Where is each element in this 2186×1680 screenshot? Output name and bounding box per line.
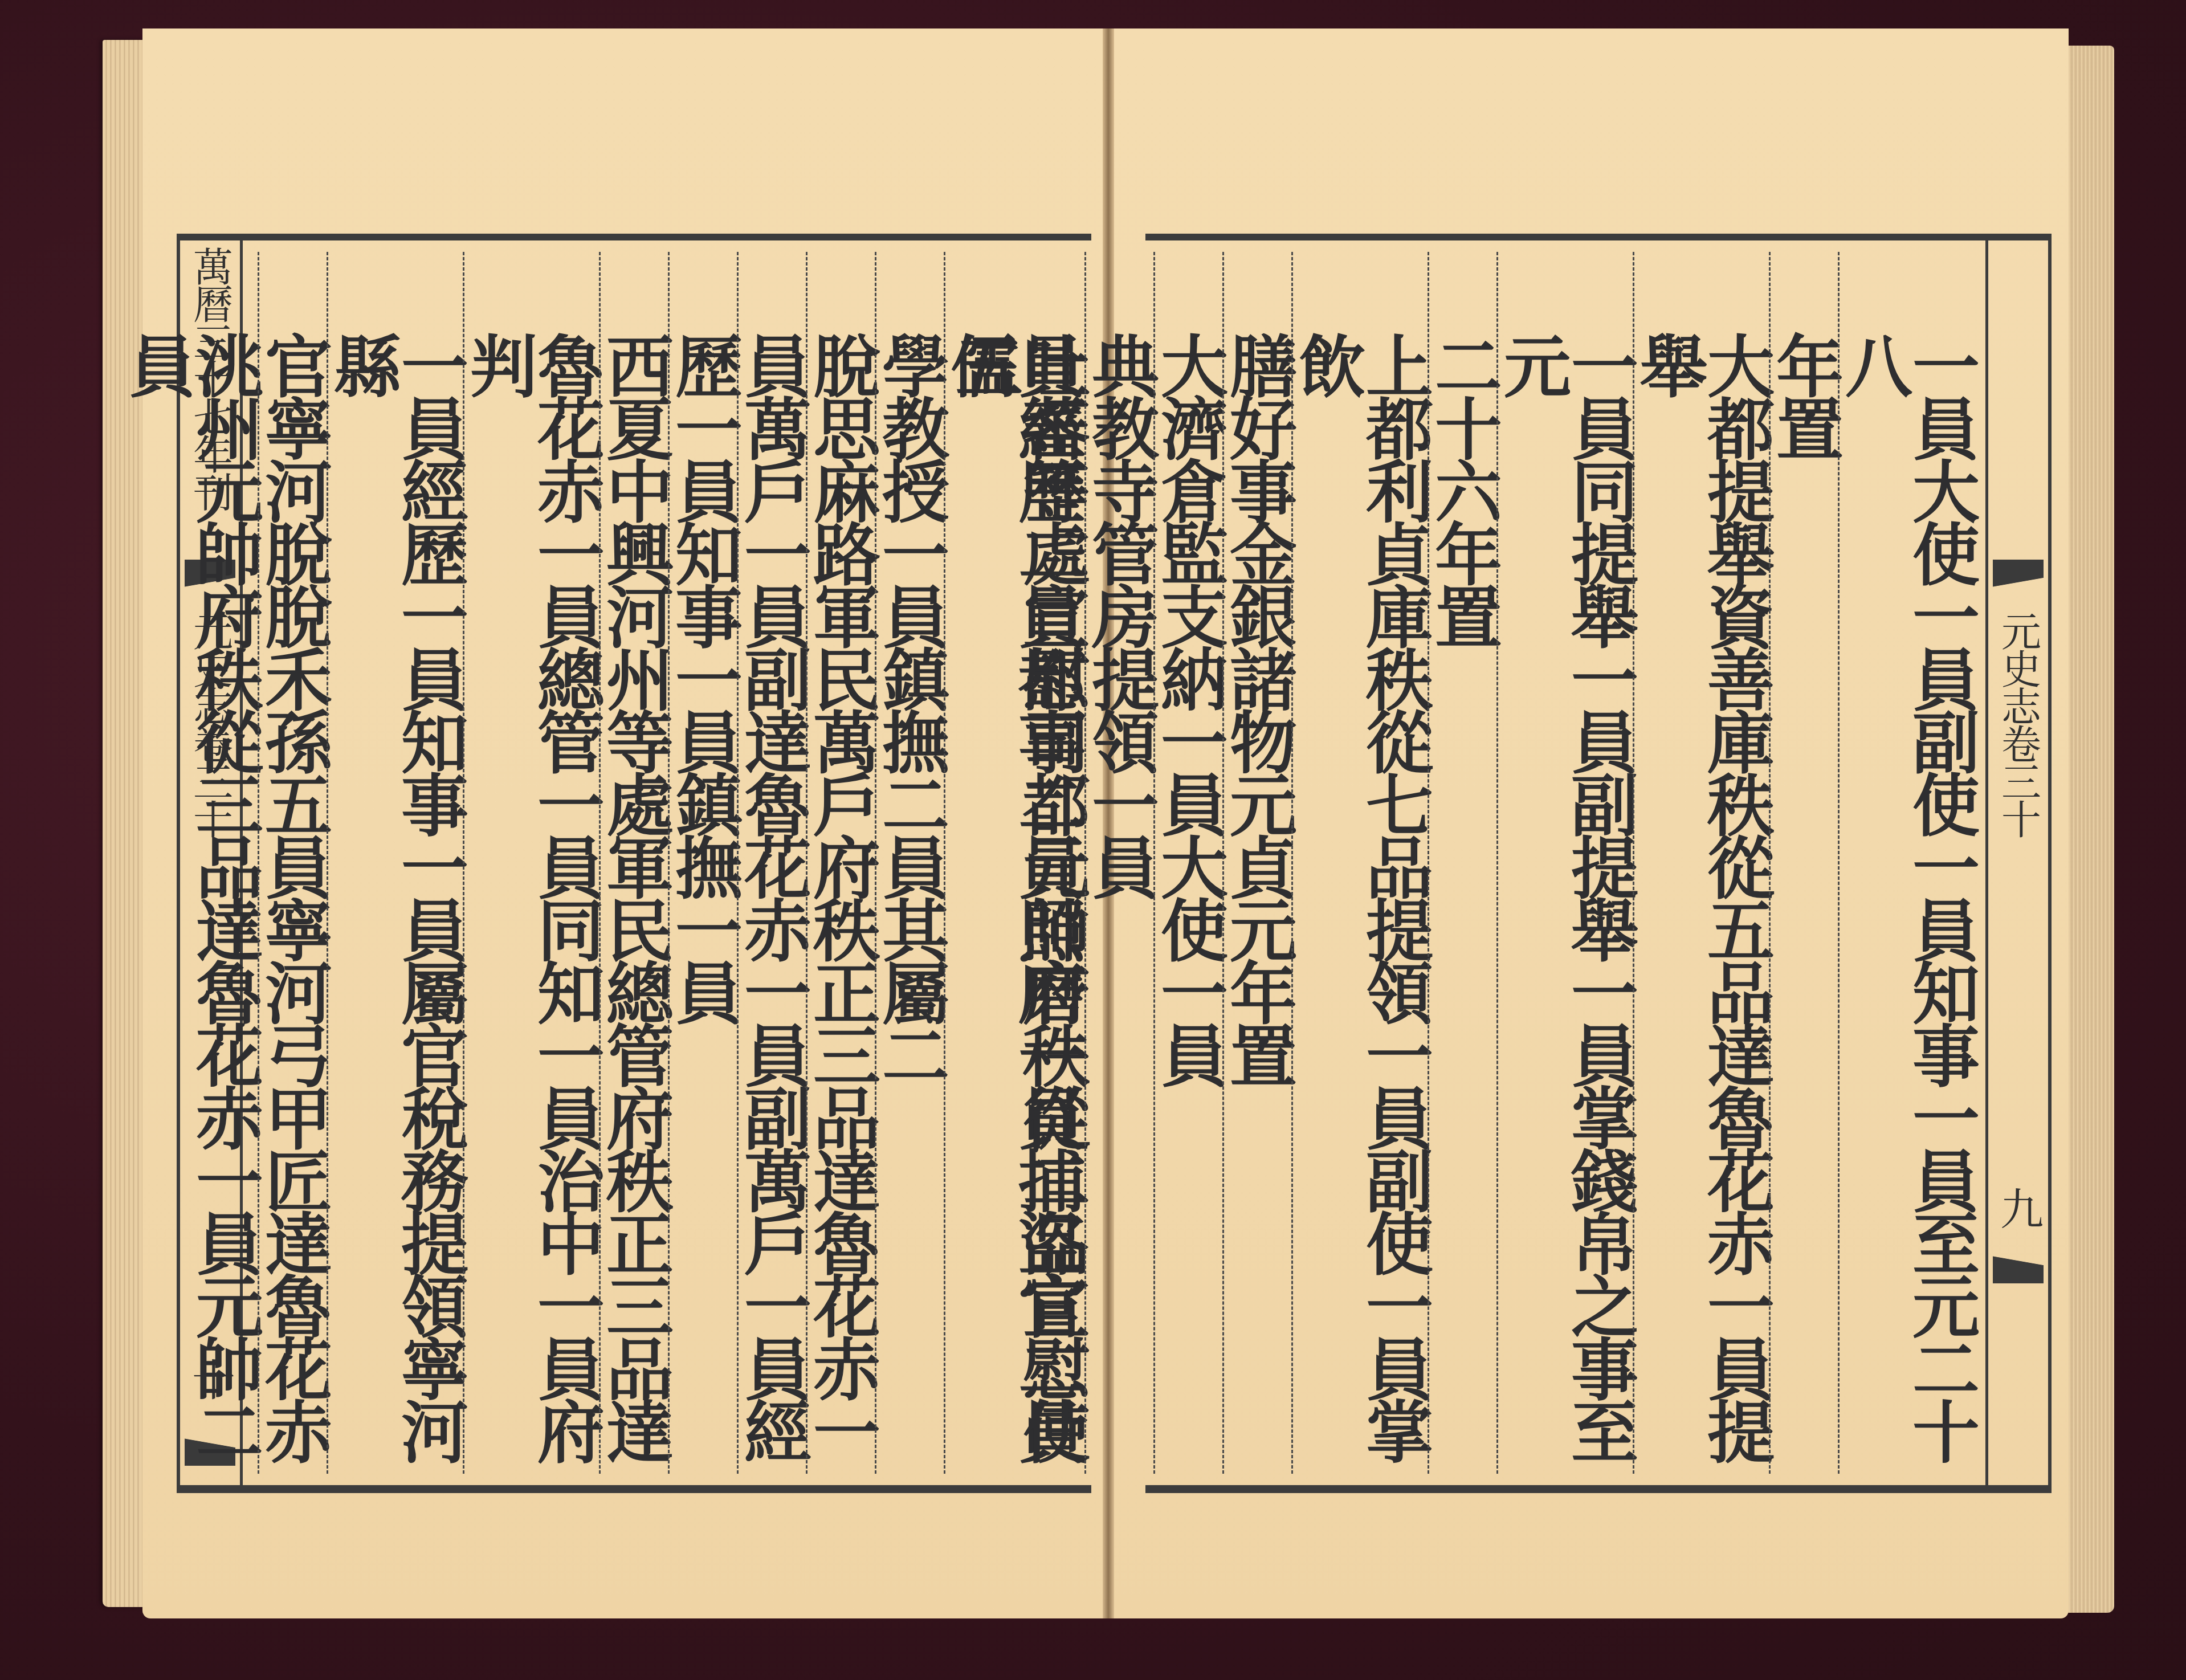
column-text: 一員大使一員副使一員知事一員至元二十八: [1840, 332, 1974, 1474]
text-column: 官寧河脫脫禾孫五員寧河弓甲匠達魯花赤: [258, 252, 327, 1474]
column-text: 大都提舉資善庫秩從五品達魯花赤一員提舉: [1634, 332, 1769, 1474]
text-column: 膳好事金銀諸物元貞元年置: [1222, 252, 1291, 1474]
text-column: 歷一員知事一員鎮撫一員: [668, 252, 737, 1474]
column-text: 脫思麻路軍民萬戶府秩正三品達魯花赤一: [807, 332, 875, 1474]
right-page-volume-title: 元史志卷三十: [1999, 611, 2038, 837]
column-text: 員萬戶一員副達魯花赤一員副萬戶一員經: [739, 332, 806, 1474]
column-text: 一員同提舉一員副提舉一員掌錢帛之事至元: [1498, 332, 1633, 1474]
book-spread: 萬曆三十七年刊 元史志卷三十 十 員經歷二員都事二員照磨一員捕盜官二員儒 學教授…: [103, 23, 2114, 1658]
right-page-stack-edge: [2063, 46, 2114, 1613]
column-text: 學教授一員鎮撫二員其屬二: [876, 332, 944, 1474]
text-column: 一員同提舉一員副提舉一員掌錢帛之事至元: [1496, 252, 1633, 1474]
text-column: 大都提舉資善庫秩從五品達魯花赤一員提舉: [1633, 252, 1769, 1474]
column-text: 典教寺管房提領一員: [1086, 332, 1153, 1474]
text-column: 二十六年置: [1428, 252, 1496, 1474]
column-text: 上都利貞庫秩從七品提領一員副使一員掌飲: [1293, 332, 1428, 1474]
fish-tail-ornament-bottom: [1993, 1243, 2044, 1283]
right-page-text-frame: 元史志卷三十 九 一員大使一員副使一員知事一員至元二十八 年置 大都提舉資善庫秩…: [1145, 234, 2052, 1493]
text-column: 脫思麻路軍民萬戶府秩正三品達魯花赤一: [806, 252, 875, 1474]
text-column: 魯花赤一員總管一員同知一員治中一員府判: [463, 252, 599, 1474]
column-text: 大濟倉監支納一員大使一員: [1155, 332, 1222, 1474]
column-text: 一員經歷一員知事一員屬官稅務提領寧河縣: [328, 332, 463, 1474]
column-text: 吐蕃等處宣慰司都元帥府秩從二品宣慰使五: [950, 332, 1084, 1474]
right-page-number: 九: [1997, 1186, 2040, 1228]
text-column: 洮州元帥府秩從三品達魯花赤一員元帥二員: [123, 252, 258, 1474]
text-column: 西夏中興河州等處軍民總管府秩正三品達: [599, 252, 668, 1474]
column-text: 官寧河脫脫禾孫五員寧河弓甲匠達魯花赤: [259, 332, 327, 1474]
column-text: 膳好事金銀諸物元貞元年置: [1224, 332, 1291, 1474]
text-column: 典教寺管房提領一員: [1084, 252, 1153, 1474]
text-column: 一員大使一員副使一員知事一員至元二十八: [1838, 252, 1974, 1474]
right-page-margin-column: 元史志卷三十 九: [1985, 240, 2048, 1485]
text-column: 大濟倉監支納一員大使一員: [1153, 252, 1222, 1474]
text-column: 員萬戶一員副達魯花赤一員副萬戶一員經: [737, 252, 806, 1474]
column-text: 西夏中興河州等處軍民總管府秩正三品達: [601, 332, 668, 1474]
fish-tail-ornament-top: [1993, 560, 2044, 600]
column-text: 洮州元帥府秩從三品達魯花赤一員元帥二員: [123, 332, 258, 1474]
column-text: 魯花赤一員總管一員同知一員治中一員府判: [464, 332, 599, 1474]
text-column: 吐蕃等處宣慰司都元帥府秩從二品宣慰使五: [950, 252, 1084, 1474]
right-page-columns: 一員大使一員副使一員知事一員至元二十八 年置 大都提舉資善庫秩從五品達魯花赤一員…: [1151, 252, 1974, 1474]
text-column: 上都利貞庫秩從七品提領一員副使一員掌飲: [1291, 252, 1428, 1474]
text-column: 年置: [1769, 252, 1838, 1474]
column-text: 歷一員知事一員鎮撫一員: [670, 332, 737, 1474]
text-column: 一員經歷一員知事一員屬官稅務提領寧河縣: [327, 252, 463, 1474]
text-column: 學教授一員鎮撫二員其屬二: [875, 252, 944, 1474]
column-text: 年置: [1771, 332, 1838, 1474]
column-text: 二十六年置: [1429, 332, 1496, 1474]
